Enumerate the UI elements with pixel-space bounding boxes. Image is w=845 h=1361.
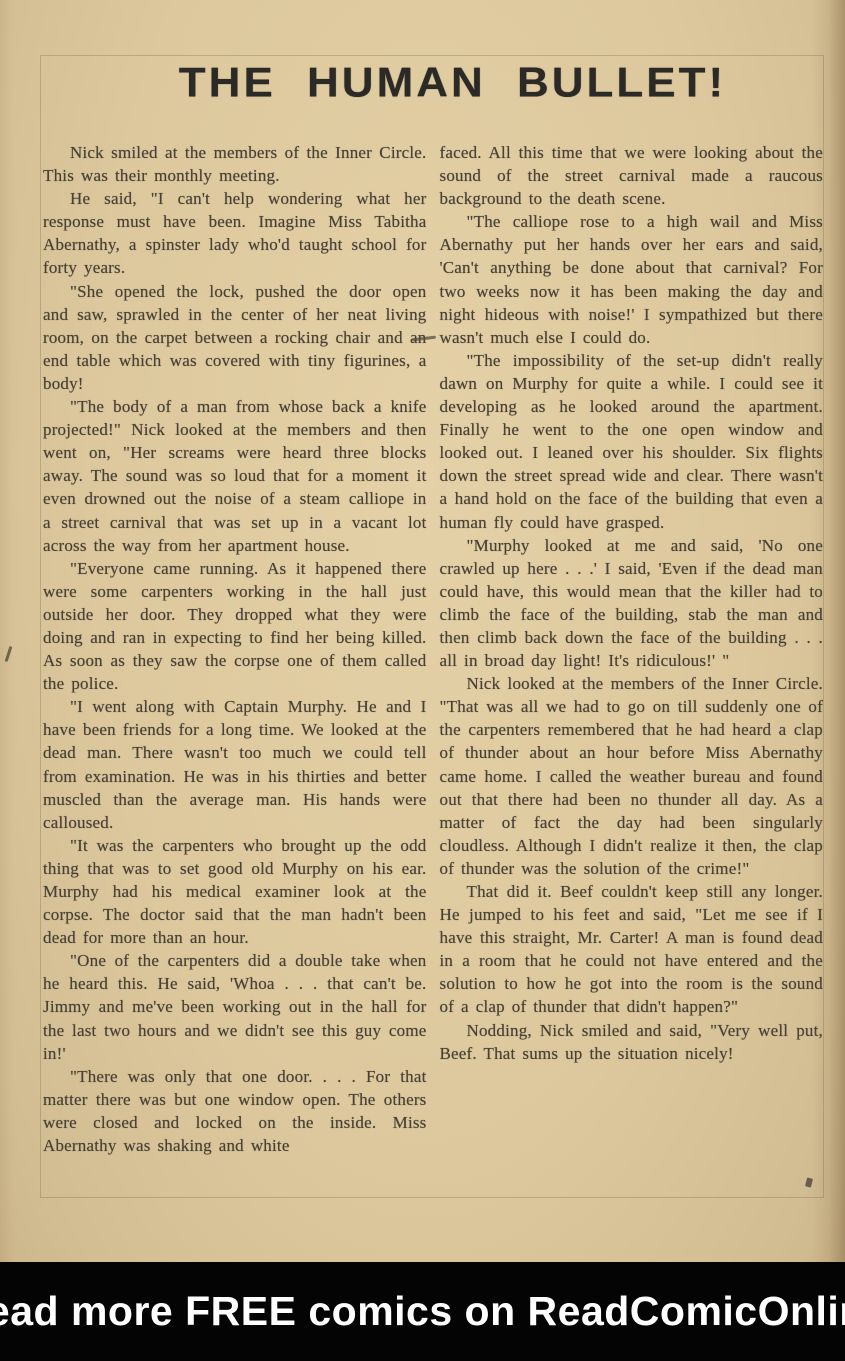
story-column-left: Nick smiled at the members of the Inner … (43, 141, 427, 1197)
comic-text-page: THE HUMAN BULLET! Nick smiled at the mem… (0, 0, 845, 1361)
story-paragraph: Nick smiled at the members of the Inner … (43, 141, 427, 187)
story-paragraph: "Murphy looked at me and said, 'No one c… (440, 534, 824, 673)
story-paragraph: "The calliope rose to a high wail and Mi… (440, 210, 824, 349)
story-paragraph: That did it. Beef couldn't keep still an… (440, 880, 824, 1019)
story-paragraph: Nick looked at the members of the Inner … (440, 672, 824, 880)
story-paragraph: He said, "I can't help wondering what he… (43, 187, 427, 279)
story-paragraph: "The impossibility of the set-up didn't … (440, 349, 824, 534)
story-paragraph: "Everyone came running. As it happened t… (43, 557, 427, 696)
promo-banner[interactable]: Read more FREE comics on ReadComicOnline (0, 1262, 845, 1361)
page-title: THE HUMAN BULLET! (0, 59, 845, 107)
story-paragraph: Nodding, Nick smiled and said, "Very wel… (440, 1019, 824, 1065)
story-paragraph: "There was only that one door. . . . For… (43, 1065, 427, 1157)
promo-banner-text: Read more FREE comics on ReadComicOnline (0, 1288, 845, 1335)
story-paragraph: "I went along with Captain Murphy. He an… (43, 695, 427, 834)
story-paragraph: faced. All this time that we were lookin… (440, 141, 824, 210)
scan-artifact (5, 646, 13, 662)
story-paragraph: "The body of a man from whose back a kni… (43, 395, 427, 557)
story-columns: Nick smiled at the members of the Inner … (43, 141, 823, 1197)
story-paragraph: "One of the carpenters did a double take… (43, 949, 427, 1064)
story-paragraph: "She opened the lock, pushed the door op… (43, 280, 427, 395)
story-column-right: faced. All this time that we were lookin… (440, 141, 824, 1197)
story-paragraph: "It was the carpenters who brought up th… (43, 834, 427, 949)
